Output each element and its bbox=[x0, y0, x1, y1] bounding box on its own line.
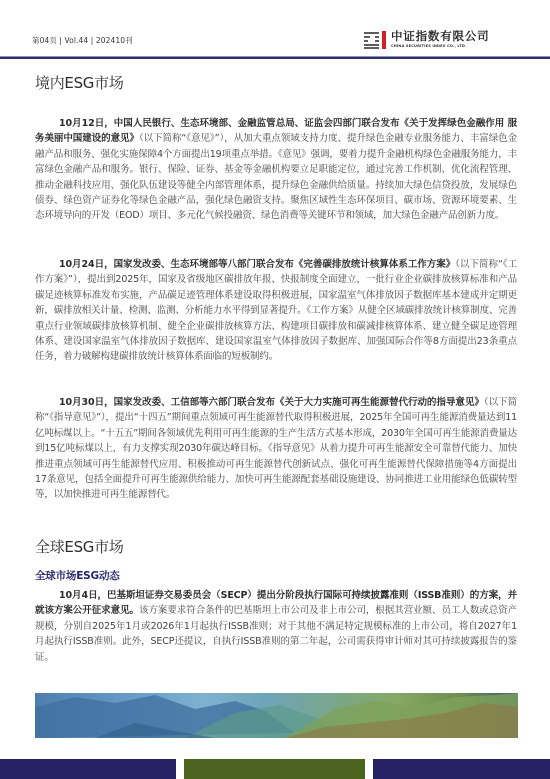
page-header: 第04页 | Vol.44 | 202410刊 中证指数有限公司 CHINA S… bbox=[0, 0, 550, 58]
paragraph-body: （以下简称“《指导意见》”），提出“十四五”期间重点领域可再生能源替代取得积极进… bbox=[35, 397, 517, 500]
paragraph: 10月12日，中国人民银行、生态环境部、金融监管总局、证监会四部门联合发布《关于… bbox=[35, 116, 517, 224]
company-logo: 中证指数有限公司 CHINA SECURITIES INDEX CO., LTD… bbox=[364, 29, 489, 51]
logo-name-en: CHINA SECURITIES INDEX CO., LTD. bbox=[391, 45, 489, 49]
logo-name-cn: 中证指数有限公司 bbox=[391, 31, 489, 43]
paragraph-body: （以下简称“《工作方案》”），提出到2025年，国家及省级地区碳排放年报、快报制… bbox=[35, 259, 517, 362]
mountain-landscape-image bbox=[35, 693, 518, 738]
paragraph-lead: 10月30日，国家发改委、工信部等六部门联合发布《关于大力实施可再生能源替代行动… bbox=[59, 397, 484, 408]
page-info: 第04页 | Vol.44 | 202410刊 bbox=[32, 35, 133, 46]
csi-logo-icon bbox=[364, 31, 386, 49]
footer-bar bbox=[0, 759, 176, 779]
paragraph: 10月30日，国家发改委、工信部等六部门联合发布《关于大力实施可再生能源替代行动… bbox=[35, 395, 517, 503]
paragraph-body: （以下简称“《意见》”），从加大重点领域支持力度、提升绿色金融专业服务能力、丰富… bbox=[35, 133, 517, 221]
footer-bar bbox=[373, 759, 550, 779]
section-subtitle: 全球市场ESG动态 bbox=[35, 568, 120, 583]
paragraph: 10月24日，国家发改委、生态环境部等八部门联合发布《完善碳排放统计核算体系工作… bbox=[35, 257, 517, 365]
paragraph-lead: 10月24日，国家发改委、生态环境部等八部门联合发布《完善碳排放统计核算体系工作… bbox=[59, 259, 455, 270]
section-title-global: 全球ESG市场 bbox=[35, 536, 124, 557]
header-divider bbox=[0, 56, 550, 59]
paragraph: 10月4日，巴基斯坦证券交易委员会（SECP）提出分阶段执行国际可持续披露准则（… bbox=[35, 588, 517, 665]
footer-bar bbox=[184, 759, 365, 779]
section-title-domestic: 境内ESG市场 bbox=[35, 72, 124, 93]
